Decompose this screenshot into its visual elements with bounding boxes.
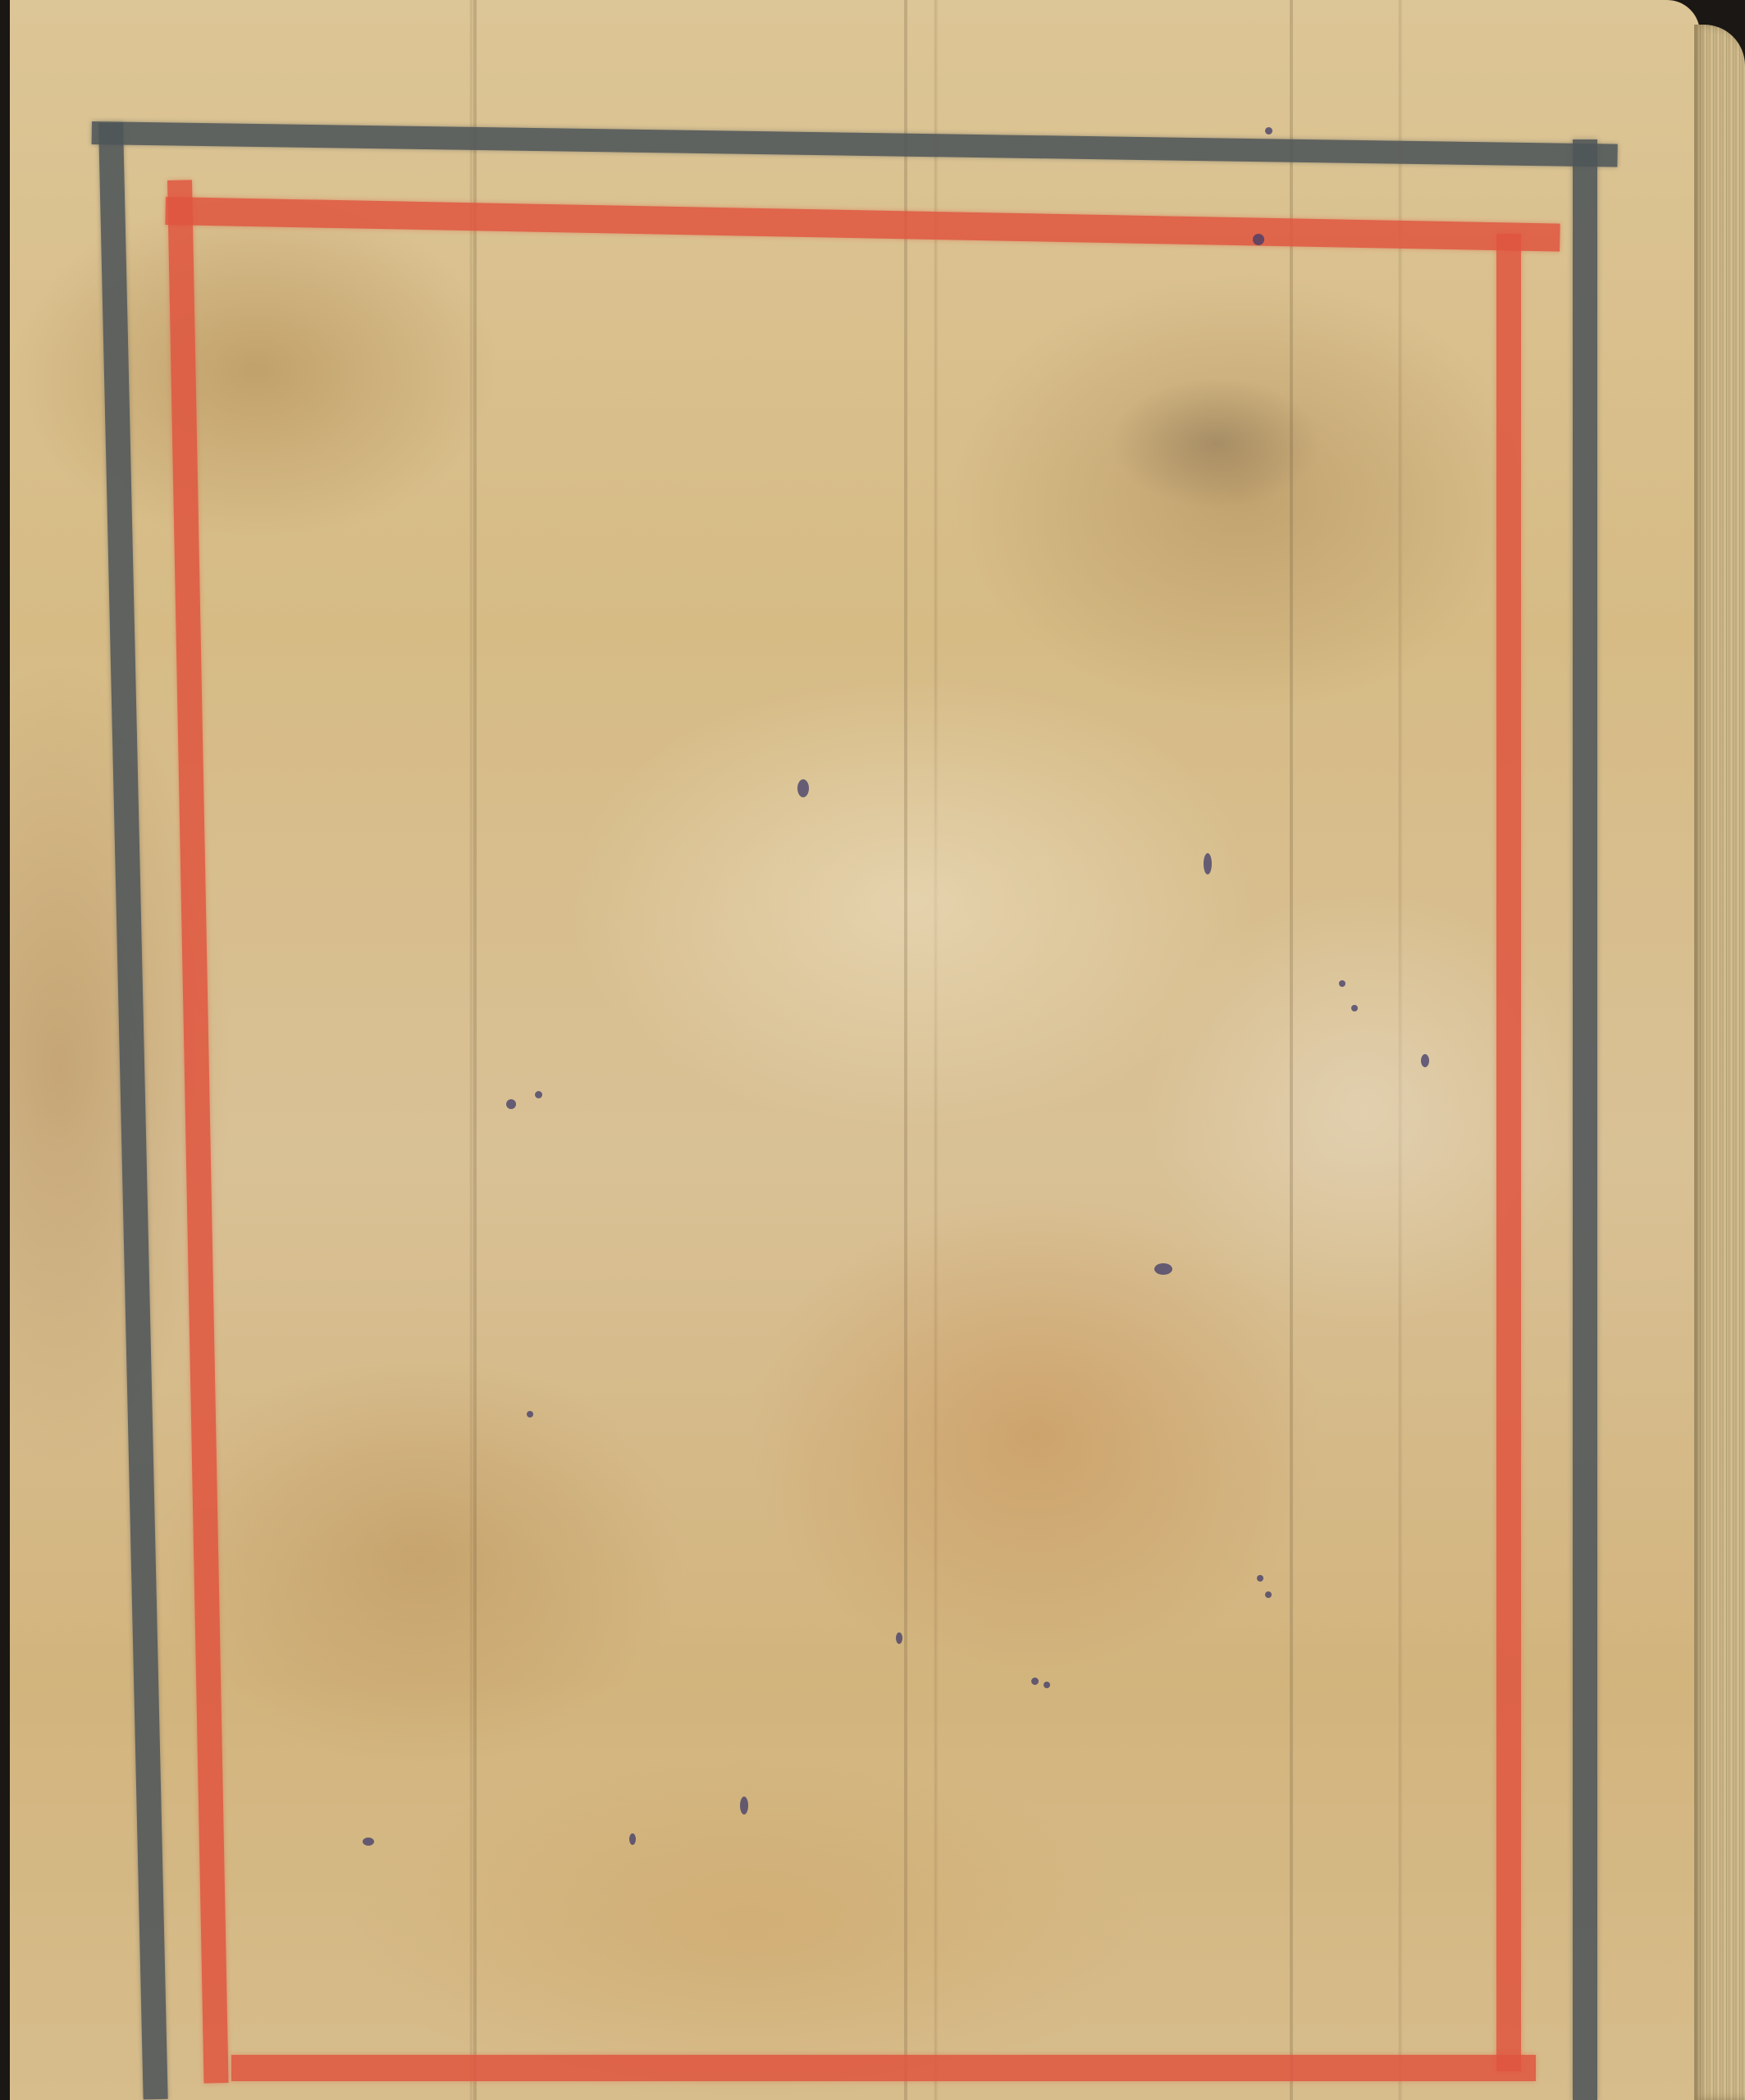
ink-speckle	[1044, 1682, 1050, 1688]
ink-speckle	[797, 779, 809, 797]
ink-speckle	[506, 1099, 516, 1109]
page-edges	[1694, 25, 1745, 2100]
paper-fold-line	[473, 0, 477, 2100]
outer-border-top	[92, 121, 1618, 167]
ink-speckle	[1253, 234, 1264, 245]
inner-border-top	[165, 197, 1560, 252]
ink-speckle	[1339, 980, 1345, 987]
ink-speckle	[1204, 853, 1212, 874]
ink-speckle	[535, 1091, 542, 1098]
ink-speckle	[1351, 1005, 1358, 1011]
ink-speckle	[740, 1796, 748, 1815]
ink-speckle	[1031, 1678, 1039, 1685]
outer-border-right	[1573, 139, 1597, 2100]
outer-border-left	[98, 122, 168, 2099]
ink-speckle	[1265, 127, 1272, 135]
ink-speckle	[896, 1632, 902, 1644]
ink-speckle	[1154, 1263, 1172, 1275]
ink-speckle	[1257, 1575, 1263, 1582]
ink-speckle	[629, 1833, 636, 1845]
ink-speckle	[363, 1837, 374, 1846]
inner-border-left	[167, 180, 229, 2083]
inner-border-right	[1496, 234, 1521, 2071]
book-cover	[10, 0, 1700, 2100]
inner-border-bottom	[231, 2055, 1536, 2081]
ink-speckle	[1265, 1591, 1272, 1598]
stain	[1109, 377, 1322, 509]
ink-speckle	[1421, 1054, 1429, 1067]
paper-fold-line	[1290, 0, 1293, 2100]
paper-fold-line	[904, 0, 907, 2100]
ink-speckle	[527, 1411, 533, 1417]
